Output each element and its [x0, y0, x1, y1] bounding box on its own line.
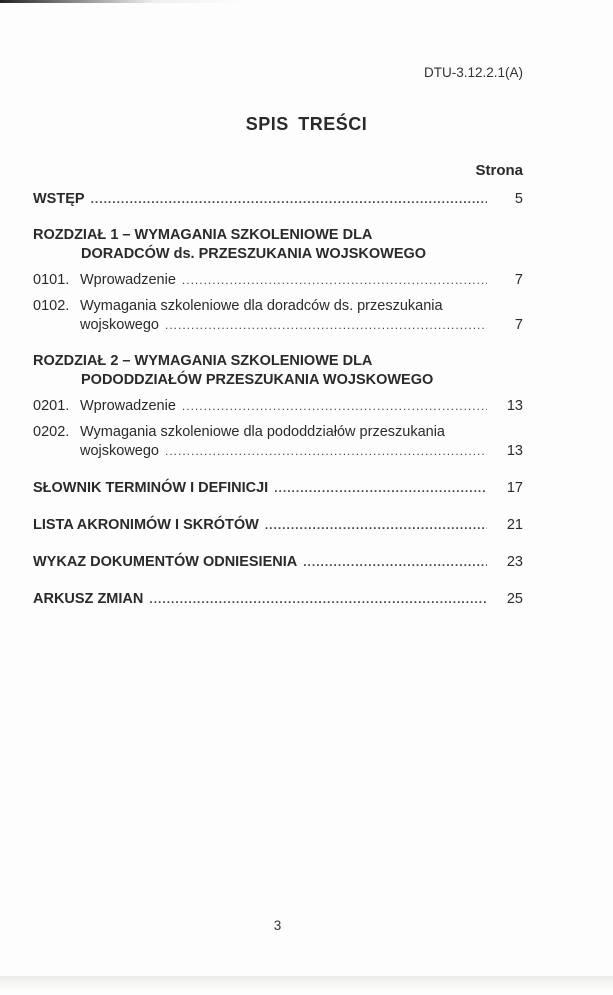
section-title-cont: wojskowego	[80, 442, 159, 461]
section-title: Wymagania szkoleniowe dla doradców ds. p…	[80, 298, 443, 314]
dot-leader	[91, 190, 487, 209]
toc-entry-label: WYKAZ DOKUMENTÓW ODNIESIENIA	[33, 553, 297, 572]
section-number: 0102.	[33, 297, 80, 316]
table-of-contents: WSTĘP 5 ROZDZIAŁ 1 – WYMAGANIA SZKOLENIO…	[33, 190, 523, 609]
dot-leader	[303, 553, 487, 572]
toc-entry-label: SŁOWNIK TERMINÓW I DEFINICJI	[33, 479, 268, 498]
chapter-title-line2: PODODDZIAŁÓW PRZESZUKANIA WOJSKOWEGO	[33, 371, 523, 390]
section-title: Wprowadzenie	[80, 398, 176, 414]
dot-leader	[182, 271, 487, 290]
page-column-label: Strona	[475, 162, 523, 179]
toc-chapter-2[interactable]: ROZDZIAŁ 2 – WYMAGANIA SZKOLENIOWE DLA P…	[33, 352, 523, 390]
dot-leader	[165, 442, 487, 461]
chapter-title-line1: ROZDZIAŁ 1 – WYMAGANIA SZKOLENIOWE DLA	[33, 226, 523, 245]
section-page: 13	[493, 397, 523, 416]
toc-section-0102[interactable]: 0102.Wymagania szkoleniowe dla doradców …	[33, 297, 523, 335]
section-page: 13	[493, 442, 523, 461]
toc-entry-label: LISTA AKRONIMÓW I SKRÓTÓW	[33, 516, 259, 535]
toc-section-0202[interactable]: 0202.Wymagania szkoleniowe dla pododdzia…	[33, 423, 523, 461]
toc-entry-amendments[interactable]: ARKUSZ ZMIAN 25	[33, 590, 523, 609]
toc-section-0101[interactable]: 0101.Wprowadzenie 7	[33, 271, 523, 290]
dot-leader	[274, 479, 487, 498]
section-page: 7	[493, 316, 523, 335]
toc-entry-acronyms[interactable]: LISTA AKRONIMÓW I SKRÓTÓW 21	[33, 516, 523, 535]
section-number: 0201.	[33, 397, 80, 416]
toc-entry-label: ARKUSZ ZMIAN	[33, 590, 143, 609]
section-number: 0101.	[33, 271, 80, 290]
toc-entry-label: WSTĘP	[33, 190, 85, 209]
section-number: 0202.	[33, 423, 80, 442]
toc-entry-page: 17	[493, 479, 523, 498]
toc-entry-glossary[interactable]: SŁOWNIK TERMINÓW I DEFINICJI 17	[33, 479, 523, 498]
dot-leader	[149, 590, 487, 609]
page-number: 3	[0, 918, 555, 933]
dot-leader	[265, 516, 487, 535]
section-title: Wprowadzenie	[80, 272, 176, 288]
toc-entry-page: 25	[493, 590, 523, 609]
dot-leader	[182, 397, 487, 416]
document-id: DTU-3.12.2.1(A)	[424, 65, 523, 80]
chapter-title-line1: ROZDZIAŁ 2 – WYMAGANIA SZKOLENIOWE DLA	[33, 352, 523, 371]
page-title: SPIS TREŚCI	[0, 114, 613, 135]
toc-entry-page: 5	[493, 190, 523, 209]
section-page: 7	[493, 271, 523, 290]
scan-edge-bottom	[0, 976, 613, 995]
toc-entry-intro[interactable]: WSTĘP 5	[33, 190, 523, 209]
chapter-title-line2: DORADCÓW ds. PRZESZUKANIA WOJSKOWEGO	[33, 245, 523, 264]
toc-entry-references[interactable]: WYKAZ DOKUMENTÓW ODNIESIENIA 23	[33, 553, 523, 572]
toc-section-0201[interactable]: 0201.Wprowadzenie 13	[33, 397, 523, 416]
section-title-cont: wojskowego	[80, 316, 159, 335]
toc-entry-page: 21	[493, 516, 523, 535]
toc-entry-page: 23	[493, 553, 523, 572]
section-title: Wymagania szkoleniowe dla pododdziałów p…	[80, 424, 445, 440]
toc-chapter-1[interactable]: ROZDZIAŁ 1 – WYMAGANIA SZKOLENIOWE DLA D…	[33, 226, 523, 264]
dot-leader	[165, 316, 487, 335]
scan-edge-top	[0, 0, 613, 3]
